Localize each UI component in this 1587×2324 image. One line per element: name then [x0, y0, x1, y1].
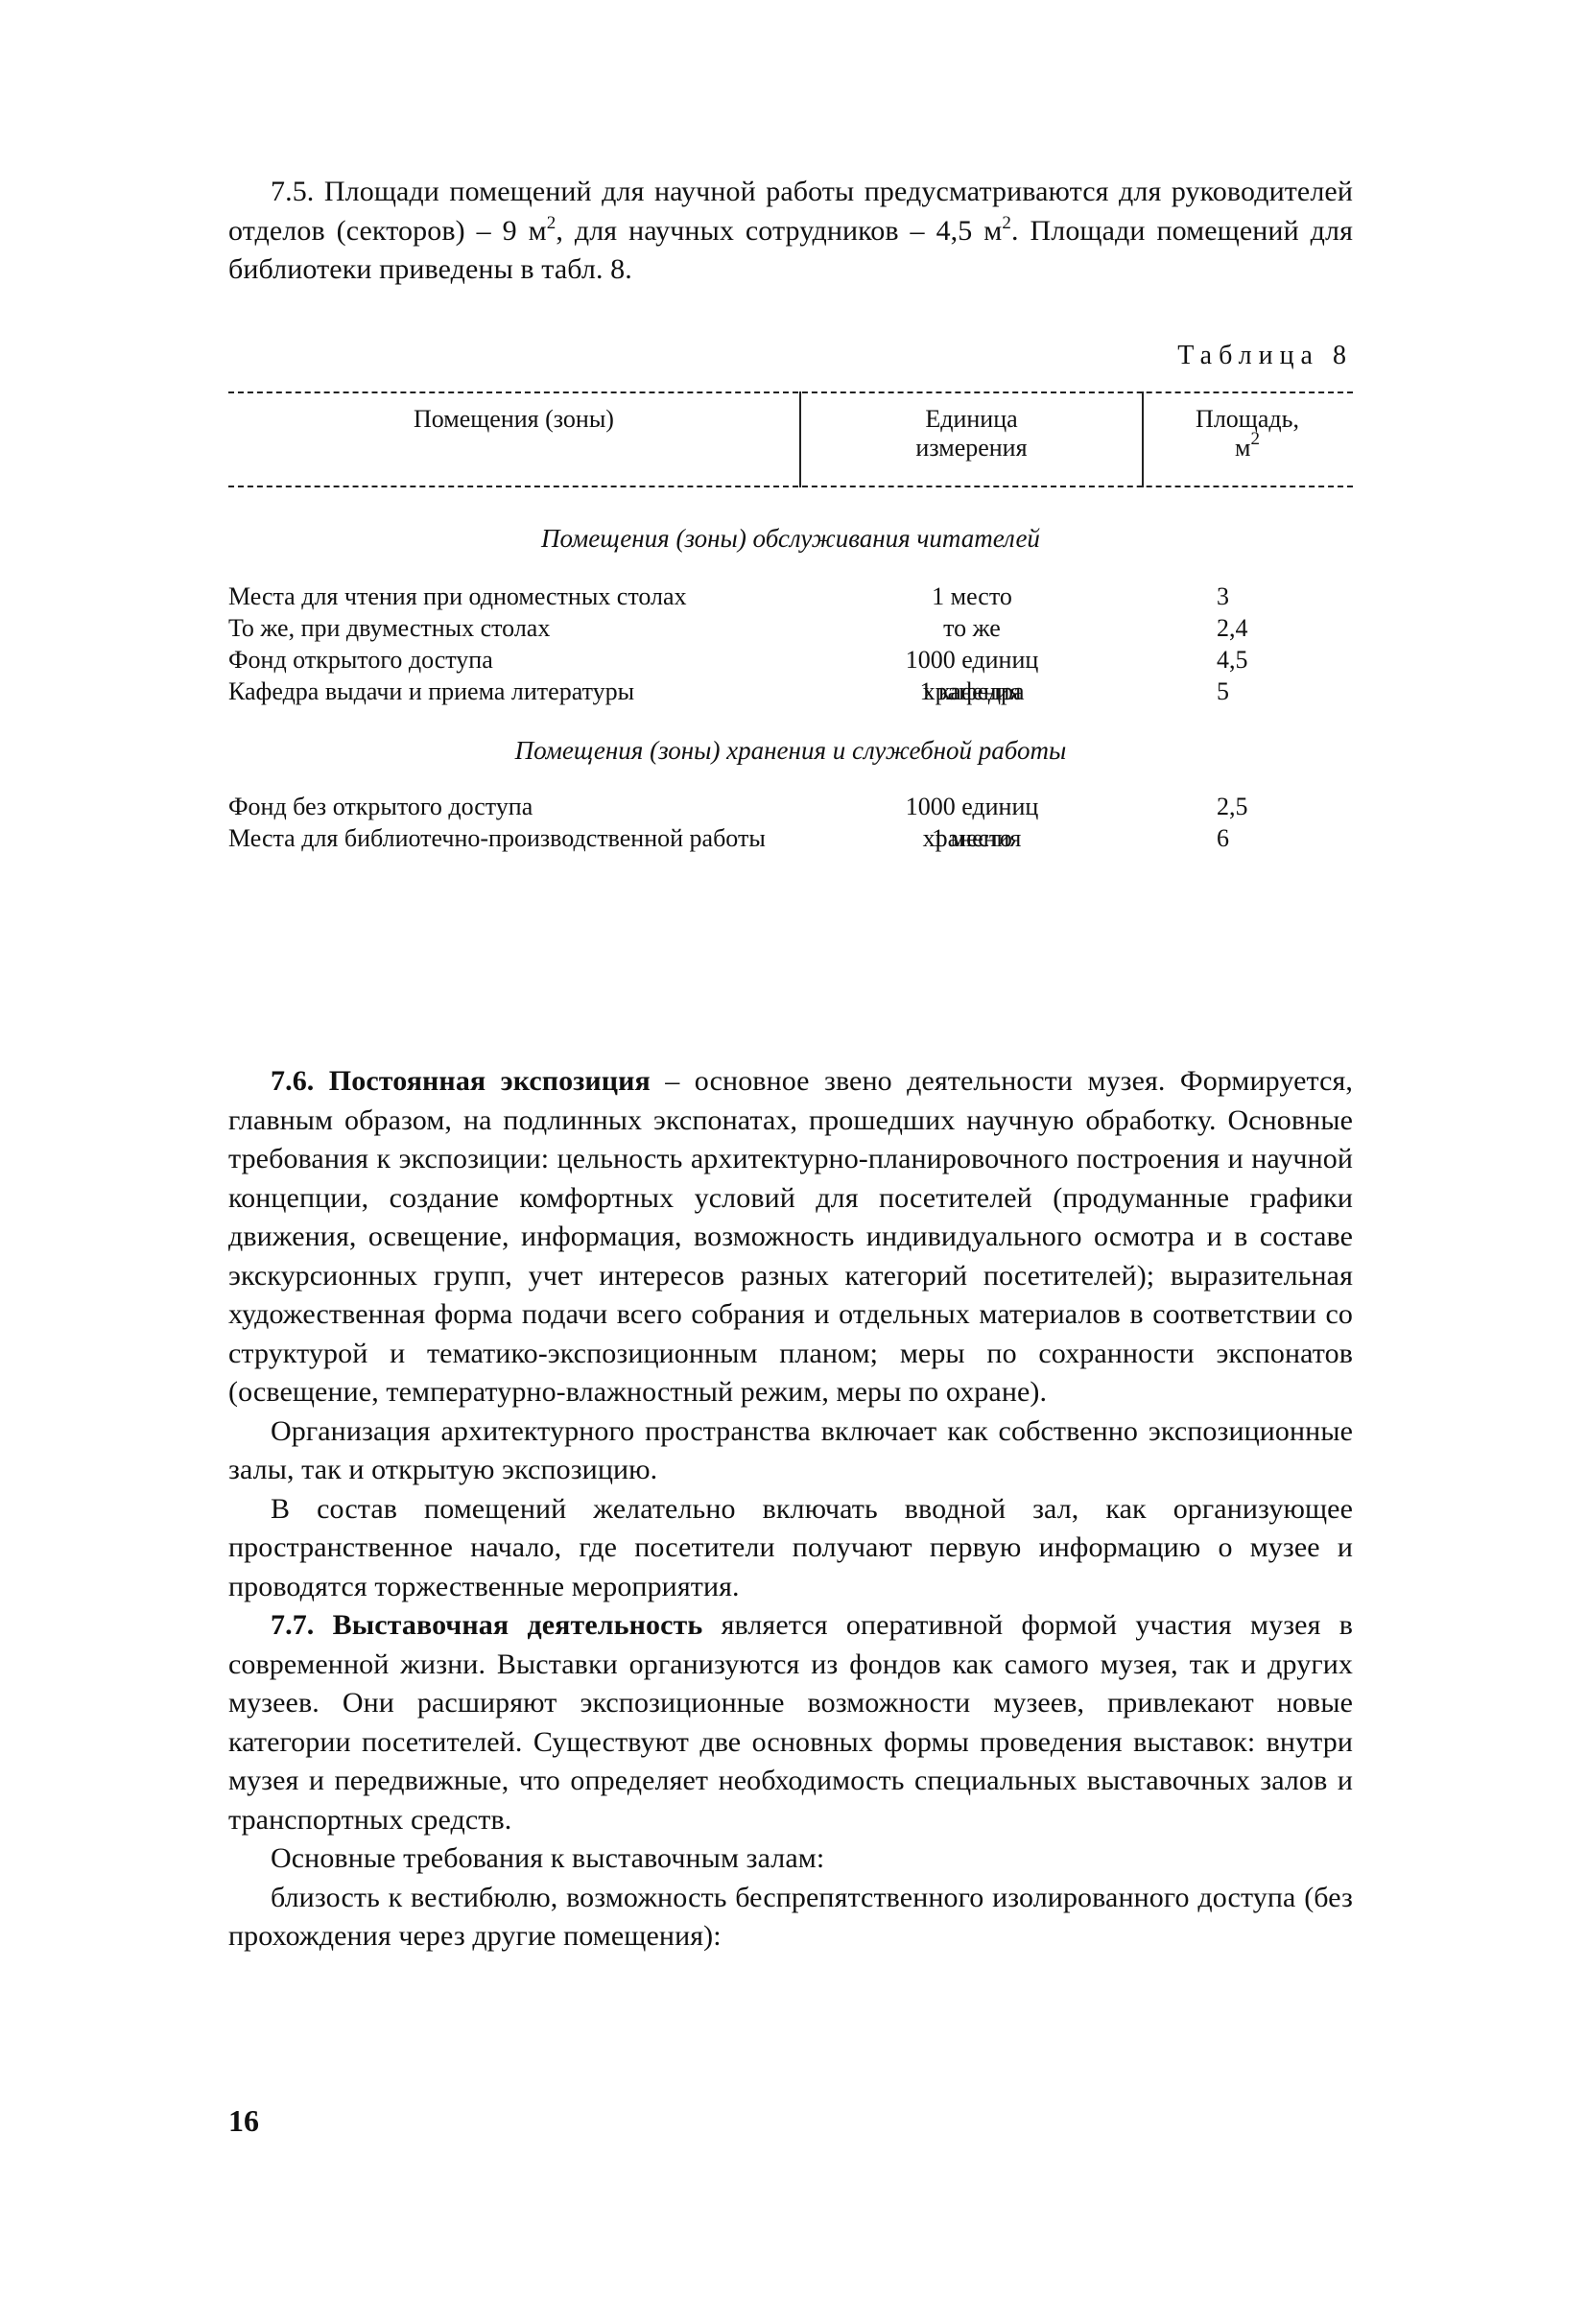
header-unit-line1: Единица [801, 405, 1142, 434]
table-row: То же, при двуместных столахто же2,4 [228, 612, 1353, 644]
table-row: Места для чтения при одноместных столах1… [228, 581, 1353, 612]
paragraph-7-7-text: является оперативной формой участия музе… [228, 1609, 1353, 1836]
table-section: Помещения (зоны) обслуживания читателейМ… [228, 524, 1353, 707]
header-area: Площадь, м2 [1142, 405, 1353, 462]
table-row: Кафедра выдачи и приема литературы1 кафе… [228, 676, 1353, 707]
cell-area: 5 [1217, 676, 1332, 707]
table-row: Места для библиотечно-производственной р… [228, 822, 1353, 854]
paragraph-requirements-title: Основные требования к выставочным залам: [228, 1839, 1353, 1879]
cell-area: 4,5 [1217, 644, 1332, 676]
table-row: Фонд открытого доступа1000 единиц хранен… [228, 644, 1353, 676]
superscript: 2 [1002, 213, 1011, 233]
table-body: Помещения (зоны) обслуживания читателейМ… [228, 524, 1353, 854]
cell-area: 6 [1217, 822, 1332, 854]
cell-room: Места для чтения при одноместных столах [228, 581, 766, 612]
paragraph-requirement-1: близость к вестибюлю, возможность беспре… [228, 1879, 1353, 1956]
cell-room: Места для библиотечно-производственной р… [228, 822, 766, 854]
superscript: 2 [547, 213, 557, 233]
cell-area: 2,5 [1217, 791, 1332, 822]
paragraph-7-7: 7.7. Выставочная деятельность является о… [228, 1606, 1353, 1839]
cell-unit: 1 место [876, 581, 1068, 612]
table-section-title: Помещения (зоны) хранения и служебной ра… [228, 736, 1353, 766]
table-section-title: Помещения (зоны) обслуживания читателей [228, 524, 1353, 554]
cell-room: Фонд открытого доступа [228, 644, 766, 676]
lower-text: 7.6. Постоянная экспозиция – основное зв… [228, 1062, 1353, 1956]
paragraph-7-7-lead: 7.7. Выставочная деятельность [271, 1609, 702, 1641]
table-row: Фонд без открытого доступа1000 единиц хр… [228, 791, 1353, 822]
paragraph-7-5: 7.5. Площади помещений для научной работ… [228, 173, 1353, 290]
cell-unit: 1 кафедра [876, 676, 1068, 707]
superscript: 2 [1250, 429, 1260, 449]
cell-room: Кафедра выдачи и приема литературы [228, 676, 766, 707]
paragraph-intro-hall: В состав помещений желательно включать в… [228, 1490, 1353, 1607]
cell-room: То же, при двуместных столах [228, 612, 766, 644]
header-rooms: Помещения (зоны) [228, 405, 799, 434]
header-unit-line2: измерения [801, 434, 1142, 462]
cell-area: 3 [1217, 581, 1332, 612]
table-section: Помещения (зоны) хранения и служебной ра… [228, 736, 1353, 854]
paragraph-7-6-text: – основное звено деятельности музея. Фор… [228, 1065, 1353, 1408]
paragraph-7-5-part2: , для научных сотрудников – 4,5 м [556, 215, 1002, 247]
table-caption: Таблица 8 [1177, 341, 1353, 371]
cell-unit: то же [876, 612, 1068, 644]
header-area-line1: Площадь, [1142, 405, 1353, 434]
cell-unit: 1 место [876, 822, 1068, 854]
cell-room: Фонд без открытого доступа [228, 791, 766, 822]
page-number: 16 [228, 2103, 259, 2139]
paragraph-7-6-lead: 7.6. Постоянная экспозиция [271, 1065, 651, 1097]
paragraph-7-6: 7.6. Постоянная экспозиция – основное зв… [228, 1062, 1353, 1412]
header-area-unit: м [1235, 434, 1250, 462]
cell-area: 2,4 [1217, 612, 1332, 644]
paragraph-organization: Организация архитектурного пространства … [228, 1412, 1353, 1490]
table-header: Помещения (зоны) Единица измерения Площа… [228, 391, 1353, 487]
header-area-line2: м2 [1142, 434, 1353, 462]
header-unit: Единица измерения [801, 405, 1142, 462]
table-8: Помещения (зоны) Единица измерения Площа… [228, 391, 1353, 854]
